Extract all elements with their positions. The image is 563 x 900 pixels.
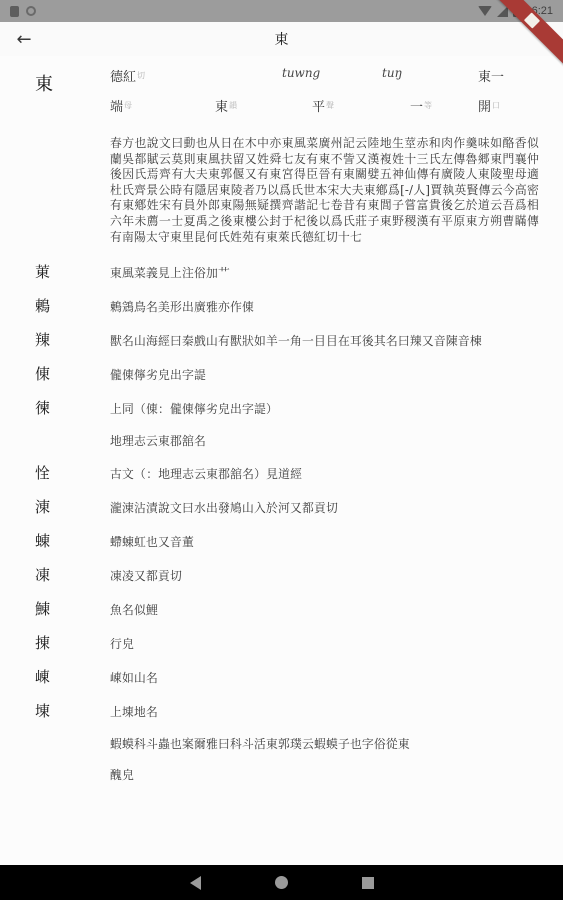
sub-entries: 菄東風菜義見上注俗加艹鶇鶇鵍鳥名美形出廣雅亦作倲䍶獸名山海經曰秦戲山有獸狀如羊一… — [0, 261, 563, 783]
nav-home-icon[interactable] — [275, 876, 288, 889]
entry-definition: 魚名似鯉 — [110, 603, 539, 618]
entry-headword: 涷 — [35, 496, 110, 517]
final-label: 韻 — [229, 101, 237, 110]
main-headword: 東 — [35, 64, 110, 96]
entry-row[interactable]: 蝀螮蝀虹也又音董 — [0, 530, 563, 551]
entry-row[interactable]: 涷瀧涷沾漬說文曰水出發鳩山入於河又都貢切 — [0, 496, 563, 517]
entry-definition: 螮蝀虹也又音董 — [110, 535, 539, 550]
entry-headword: 菄 — [35, 261, 110, 282]
notification-circle-icon — [26, 6, 36, 16]
entry-row[interactable]: 菄東風菜義見上注俗加艹 — [0, 261, 563, 282]
tone-cell: 平聲 — [312, 96, 334, 115]
entry-headword: 㨂 — [35, 632, 110, 653]
entry-headword: 徚 — [35, 397, 110, 418]
entry-definition: 儱倲儜劣皃出字諟 — [110, 368, 539, 383]
nav-back-icon[interactable] — [190, 876, 201, 890]
entry-row[interactable]: 倲儱倲儜劣皃出字諟 — [0, 363, 563, 384]
entry-headword: 𩑔 — [35, 765, 110, 783]
entry-row[interactable]: 𩜍地理志云東郡舘名 — [0, 431, 563, 449]
entry-definition: 醜皃 — [110, 768, 539, 783]
entry-definition: 崠如山名 — [110, 671, 539, 686]
ribbon-badge — [524, 12, 540, 28]
entry-definition: 行皃 — [110, 637, 539, 652]
mouth-cell: 開口 — [478, 96, 500, 115]
division-label: 等 — [424, 101, 432, 110]
main-entry[interactable]: 東 德紅切 tuwng tuŋ 東一 端母 東韻 平聲 一等 開口 — [0, 56, 563, 245]
entry-headword: 𧒕 — [35, 734, 110, 752]
entry-row[interactable]: 鯟魚名似鯉 — [0, 598, 563, 619]
entry-row[interactable]: 㨂行皃 — [0, 632, 563, 653]
entry-definition: 凍凌又都貢切 — [110, 569, 539, 584]
entry-headword: 𩜍 — [35, 431, 110, 449]
entry-definition: 獸名山海經曰秦戲山有獸狀如羊一角一目目在耳後其名曰䍶又音陳音棟 — [110, 334, 539, 349]
app-screen: 16:21 ← 東 東 德紅切 tuwng tuŋ 東一 — [0, 0, 563, 900]
division-cell: 一等 — [410, 96, 432, 115]
wifi-icon — [478, 6, 492, 16]
status-bar: 16:21 — [0, 0, 563, 22]
entry-definition: 蝦蟆科斗蟲也案爾雅曰科斗活東郭璞云蝦蟆子也字俗從東 — [110, 737, 539, 752]
entry-row[interactable]: 𧒕蝦蟆科斗蟲也案爾雅曰科斗活東郭璞云蝦蟆子也字俗從東 — [0, 734, 563, 752]
entry-definition: 地理志云東郡舘名 — [110, 434, 539, 449]
entry-row[interactable]: 徚上同（倲：儱倲儜劣皃出字諟） — [0, 397, 563, 418]
notification-square-icon — [10, 6, 19, 17]
entry-definition: 上同（倲：儱倲儜劣皃出字諟） — [110, 402, 539, 417]
entry-row[interactable]: 鶇鶇鵍鳥名美形出廣雅亦作倲 — [0, 295, 563, 316]
entry-headword: 䍶 — [35, 329, 110, 350]
entry-definition: 瀧涷沾漬說文曰水出發鳩山入於河又都貢切 — [110, 501, 539, 516]
phonology-table: 德紅切 tuwng tuŋ 東一 端母 東韻 平聲 一等 開口 — [110, 64, 539, 126]
entry-headword: 鶇 — [35, 295, 110, 316]
entry-headword: 埬 — [35, 700, 110, 721]
main-definition: 春方也說文曰動也从日在木中亦東風菜廣州記云陸地生莖赤和肉作羹味如酪香似蘭吳都賦云… — [110, 136, 539, 245]
entry-definition: 鶇鵍鳥名美形出廣雅亦作倲 — [110, 300, 539, 315]
entry-headword: 崠 — [35, 666, 110, 687]
entry-definition: 古文（𩜍：地理志云東郡舘名）見道經 — [110, 467, 539, 482]
entry-list[interactable]: 東 德紅切 tuwng tuŋ 東一 端母 東韻 平聲 一等 開口 — [0, 56, 563, 865]
entry-row[interactable]: 崠崠如山名 — [0, 666, 563, 687]
initial-cell: 端母 — [110, 96, 132, 115]
rhyme-group-cell: 東一 — [478, 66, 504, 85]
android-nav-bar — [0, 865, 563, 900]
entry-row[interactable]: 恮古文（𩜍：地理志云東郡舘名）見道經 — [0, 462, 563, 483]
romanization-ipa: tuŋ — [382, 66, 402, 80]
entry-headword: 恮 — [35, 462, 110, 483]
app-bar: ← 東 — [0, 22, 563, 56]
entry-headword: 倲 — [35, 363, 110, 384]
entry-headword: 蝀 — [35, 530, 110, 551]
initial-label: 母 — [124, 101, 132, 110]
entry-headword: 凍 — [35, 564, 110, 585]
entry-definition: 東風菜義見上注俗加艹 — [110, 266, 539, 281]
entry-definition: 上埬地名 — [110, 705, 539, 720]
entry-headword: 鯟 — [35, 598, 110, 619]
mouth-label: 口 — [492, 101, 500, 110]
page-title: 東 — [0, 29, 563, 49]
entry-row[interactable]: 𩑔醜皃 — [0, 765, 563, 783]
entry-row[interactable]: 䍶獸名山海經曰秦戲山有獸狀如羊一角一目目在耳後其名曰䍶又音陳音棟 — [0, 329, 563, 350]
final-cell: 東韻 — [215, 96, 237, 115]
fanqie-label: 切 — [137, 71, 145, 80]
tone-label: 聲 — [326, 101, 334, 110]
nav-recents-icon[interactable] — [362, 877, 374, 889]
entry-row[interactable]: 凍凍凌又都貢切 — [0, 564, 563, 585]
romanization-baxter: tuwng — [282, 66, 320, 80]
fanqie-cell: 德紅切 — [110, 66, 145, 85]
entry-row[interactable]: 埬上埬地名 — [0, 700, 563, 721]
